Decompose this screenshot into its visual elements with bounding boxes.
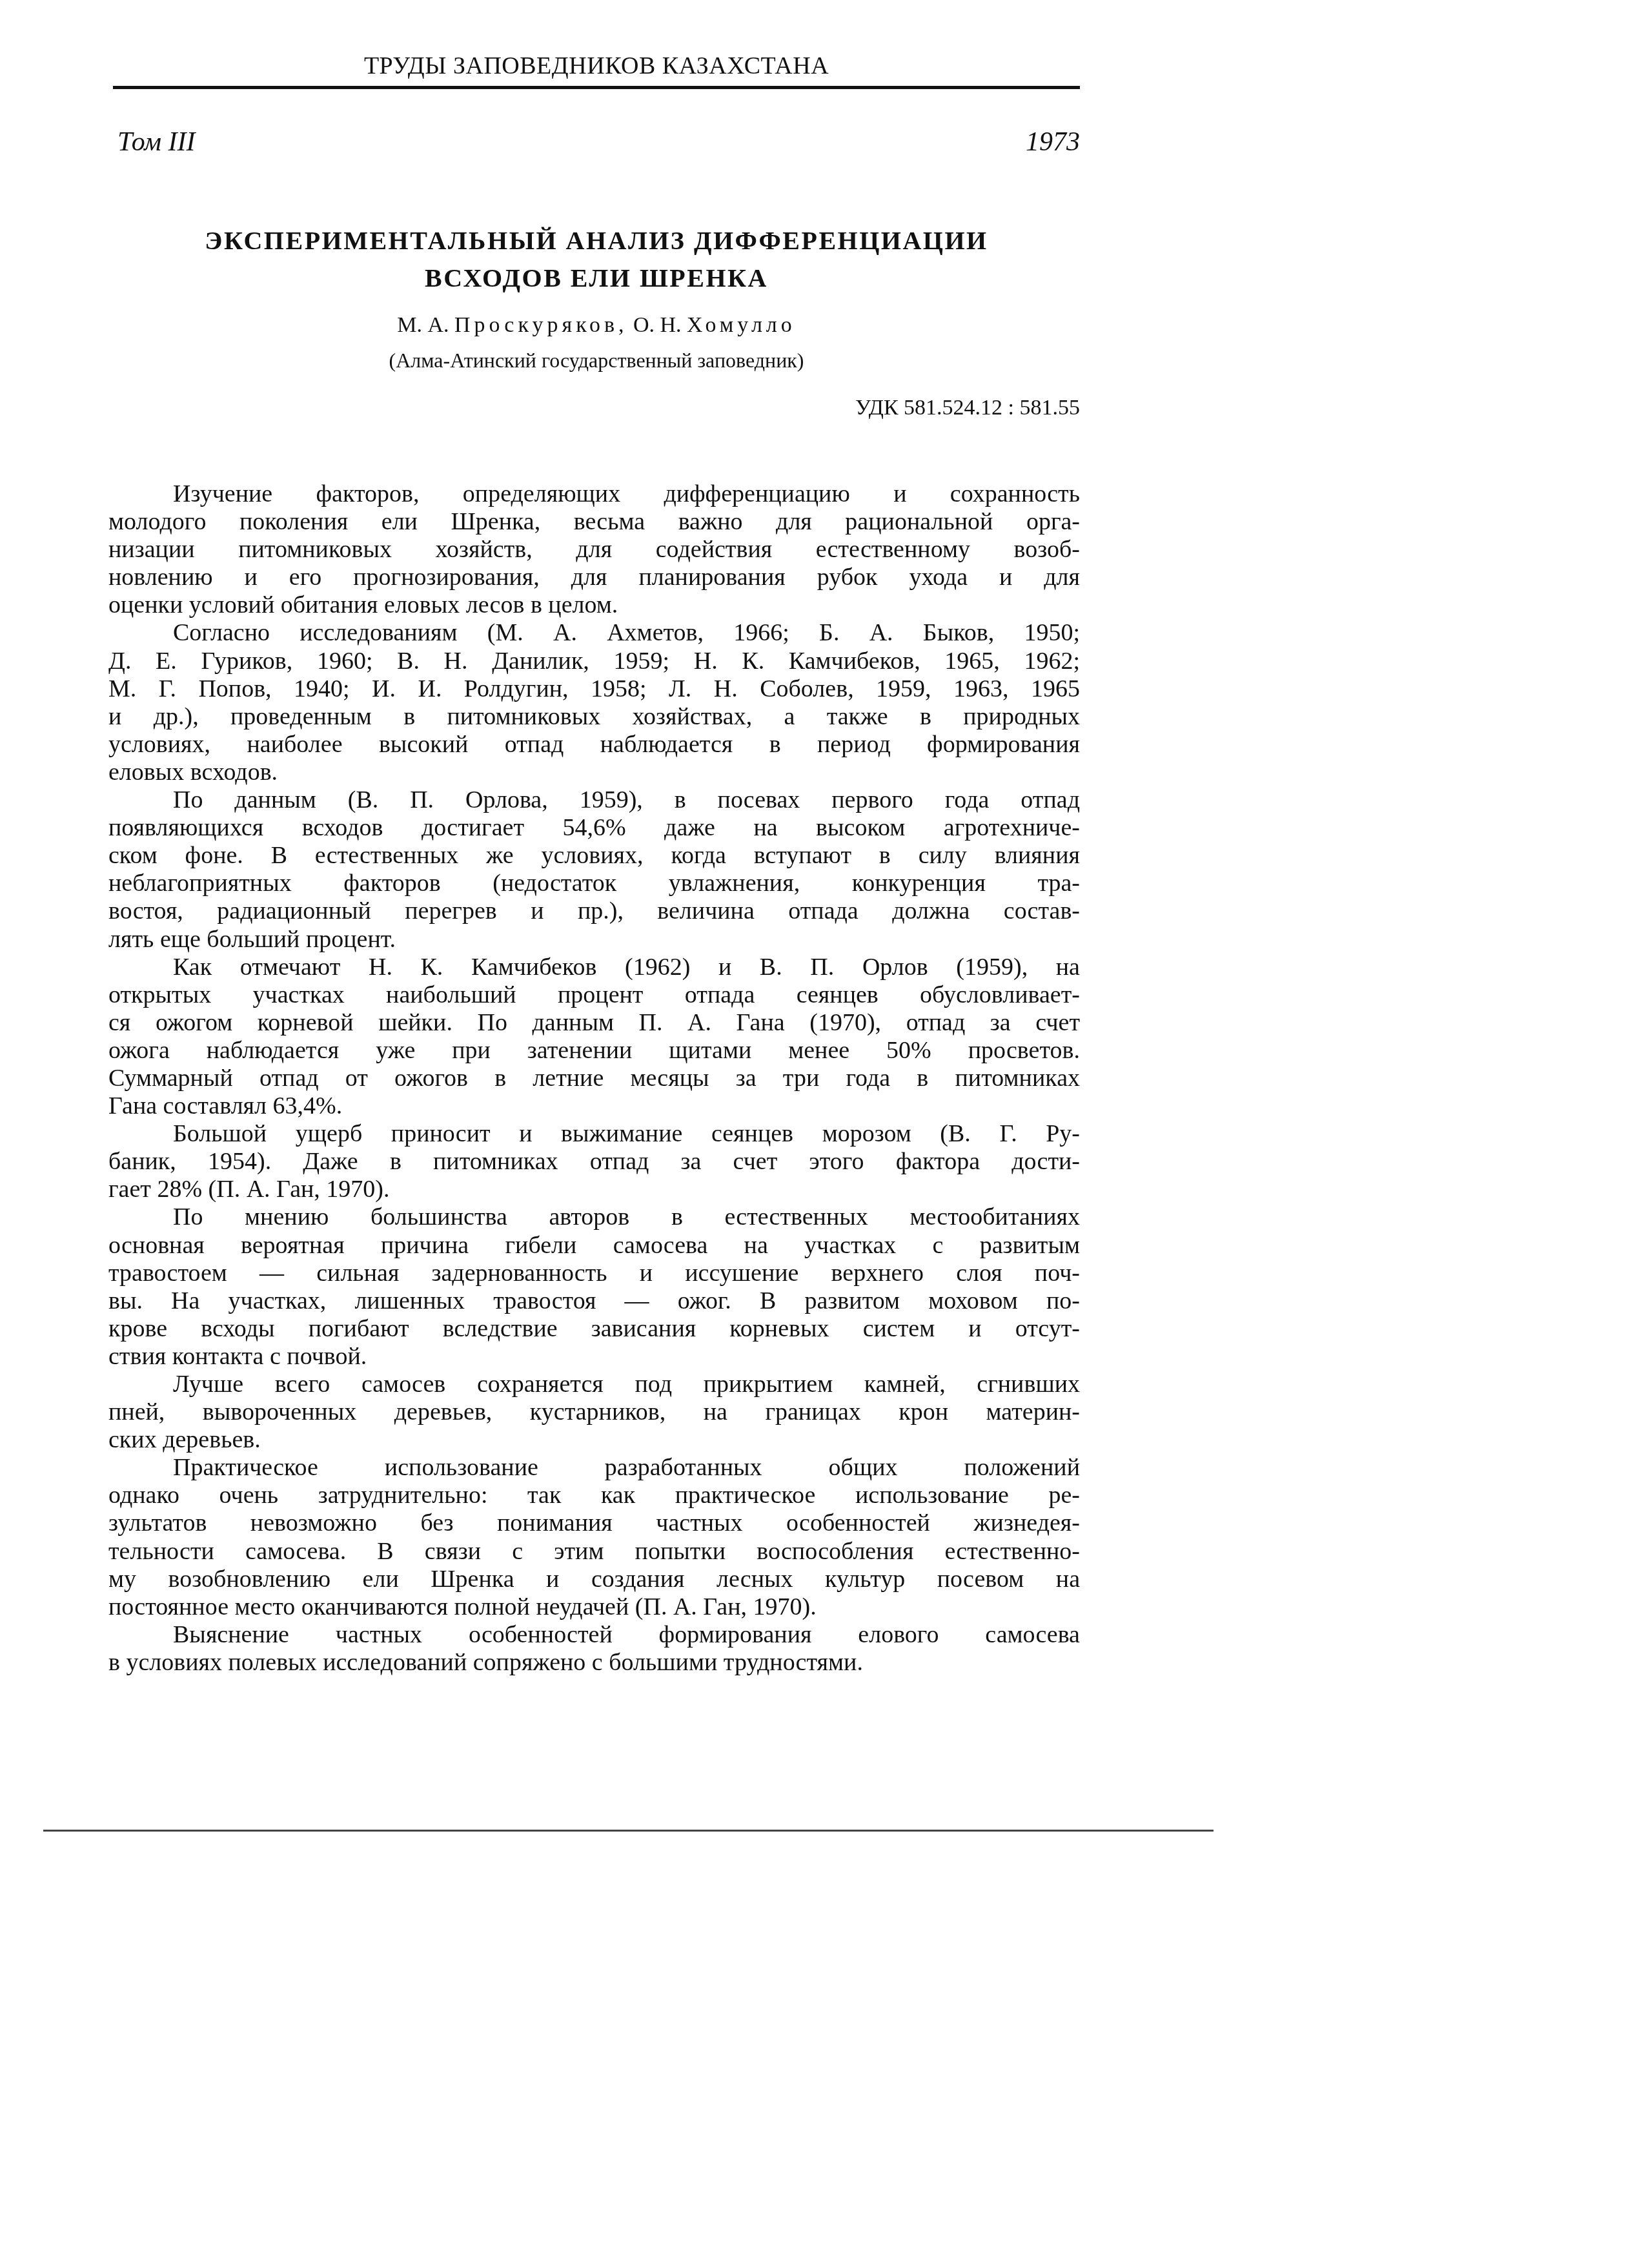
text-line: вы. На участках, лишенных травостоя — ож… [108,1287,1080,1315]
text-line: новлению и его прогнозирования, для план… [108,564,1080,591]
article-body: Изучение факторов, определяющих дифферен… [108,480,1080,1677]
paragraph: Большой ущерб приносит и выжимание сеянц… [108,1120,1080,1203]
text-line: Д. Е. Гуриков, 1960; В. Н. Данилик, 1959… [108,648,1080,675]
title-line-1: ЭКСПЕРИМЕНТАЛЬНЫЙ АНАЛИЗ ДИФФЕРЕНЦИАЦИИ [113,222,1080,260]
affiliation: (Алма-Атинский государственный заповедни… [113,347,1080,373]
text-line: М. Г. Попов, 1940; И. И. Ролдугин, 1958;… [108,675,1080,703]
udk-code: УДК 581.524.12 : 581.55 [855,395,1080,421]
paragraph: Лучше всего самосев сохраняется под прик… [108,1371,1080,1454]
text-line: ожога наблюдается уже при затенении щита… [108,1037,1080,1065]
header-rule [113,86,1080,89]
text-line: основная вероятная причина гибели самосе… [108,1232,1080,1260]
text-line: По мнению большинства авторов в естестве… [108,1203,1080,1231]
text-line: и др.), проведенным в питомниковых хозяй… [108,703,1080,731]
footer-rule [43,1830,1214,1832]
text-line: Лучше всего самосев сохраняется под прик… [108,1371,1080,1398]
author-2-initials: О. Н. [633,313,682,337]
text-line: пней, вывороченных деревьев, кустарников… [108,1398,1080,1426]
text-line: Выяснение частных особенностей формирова… [108,1621,1080,1649]
text-line: травостоем — сильная задернованность и и… [108,1260,1080,1287]
text-line: постоянное место оканчиваются полной неу… [108,1593,1080,1621]
paragraph: Изучение факторов, определяющих дифферен… [108,480,1080,619]
paragraph: Выяснение частных особенностей формирова… [108,1621,1080,1677]
text-line: Большой ущерб приносит и выжимание сеянц… [108,1120,1080,1148]
text-line: Суммарный отпад от ожогов в летние месяц… [108,1065,1080,1092]
paragraph: Практическое использование разработанных… [108,1454,1080,1621]
title-line-2: ВСХОДОВ ЕЛИ ШРЕНКА [113,260,1080,297]
text-line: оценки условий обитания еловых лесов в ц… [108,591,1080,619]
author-2-surname: Хомулло [687,313,796,337]
text-line: условиях, наиболее высокий отпад наблюда… [108,731,1080,759]
paragraph: Согласно исследованиям (М. А. Ахметов, 1… [108,619,1080,786]
text-line: однако очень затруднительно: так как пра… [108,1482,1080,1509]
paragraph: Как отмечают Н. К. Камчибеков (1962) и В… [108,954,1080,1121]
text-line: Согласно исследованиям (М. А. Ахметов, 1… [108,619,1080,647]
text-line: ском фоне. В естественных же условиях, к… [108,842,1080,870]
text-line: зультатов невозможно без понимания частн… [108,1509,1080,1537]
text-line: По данным (В. П. Орлова, 1959), в посева… [108,786,1080,814]
text-line: ских деревьев. [108,1426,1080,1454]
text-line: крове всходы погибают вследствие зависан… [108,1315,1080,1343]
text-line: баник, 1954). Даже в питомниках отпад за… [108,1148,1080,1176]
text-line: тельности самосева. В связи с этим попыт… [108,1538,1080,1566]
year-label: 1973 [1026,128,1080,156]
text-line: появляющихся всходов достигает 54,6% даж… [108,814,1080,842]
text-line: гает 28% (П. А. Ган, 1970). [108,1176,1080,1203]
authors: М. А. Проскуряков, О. Н. Хомулло [113,312,1080,338]
text-line: востоя, радиационный перегрев и пр.), ве… [108,897,1080,925]
text-line: ся ожогом корневой шейки. По данным П. А… [108,1009,1080,1037]
text-line: му возобновлению ели Шренка и создания л… [108,1566,1080,1593]
text-line: Гана составлял 63,4%. [108,1092,1080,1120]
text-line: еловых всходов. [108,759,1080,786]
article-title: ЭКСПЕРИМЕНТАЛЬНЫЙ АНАЛИЗ ДИФФЕРЕНЦИАЦИИ … [113,222,1080,297]
paragraph: По мнению большинства авторов в естестве… [108,1203,1080,1371]
text-line: Как отмечают Н. К. Камчибеков (1962) и В… [108,954,1080,981]
text-line: неблагоприятных факторов (недостаток увл… [108,870,1080,897]
text-line: молодого поколения ели Шренка, весьма ва… [108,508,1080,536]
paragraph: По данным (В. П. Орлова, 1959), в посева… [108,786,1080,954]
text-line: ствия контакта с почвой. [108,1343,1080,1371]
author-1-surname: Проскуряков, [454,313,628,337]
author-1-initials: М. А. [397,313,449,337]
text-line: в условиях полевых исследований сопряжен… [108,1649,1080,1677]
text-line: лять еще больший процент. [108,926,1080,954]
text-line: Изучение факторов, определяющих дифферен… [108,480,1080,508]
volume-label: Том III [117,128,196,156]
text-line: низации питомниковых хозяйств, для содей… [108,536,1080,564]
running-head: ТРУДЫ ЗАПОВЕДНИКОВ КАЗАХСТАНА [113,53,1080,79]
text-line: открытых участках наибольший процент отп… [108,981,1080,1009]
text-line: Практическое использование разработанных… [108,1454,1080,1482]
